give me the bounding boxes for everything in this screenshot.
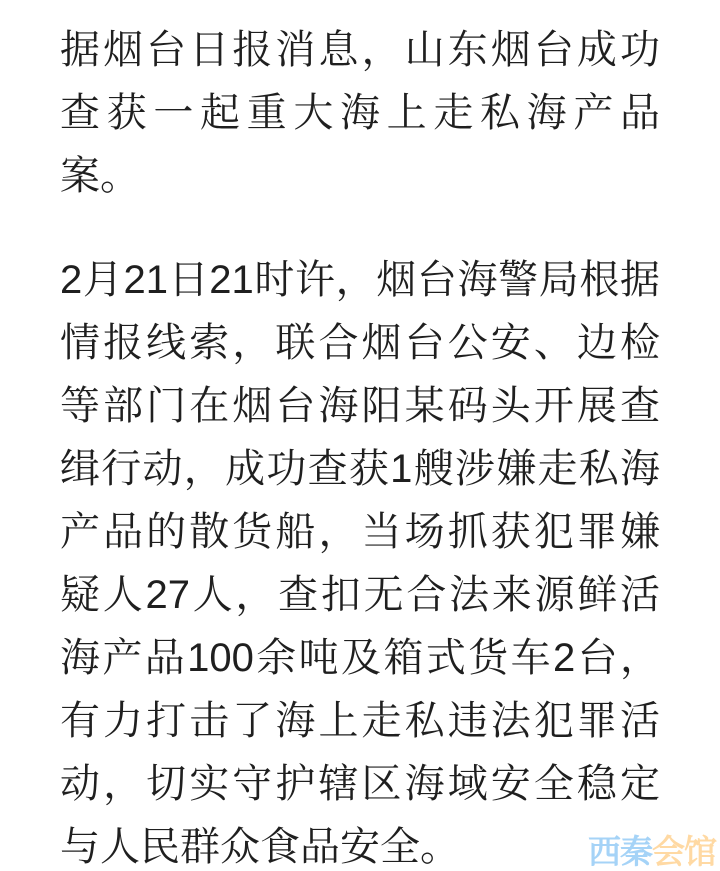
text-line: 海产品100余吨及箱式货车2台，: [60, 627, 660, 690]
text-line: 查获一起重大海上走私海产品: [60, 82, 660, 145]
paragraph-intro: 据烟台日报消息，山东烟台成功 查获一起重大海上走私海产品 案。: [60, 19, 660, 208]
article-body: 据烟台日报消息，山东烟台成功 查获一起重大海上走私海产品 案。 2月21日21时…: [0, 0, 720, 871]
watermark-part-2: 会馆: [652, 833, 716, 870]
text-line: 有力打击了海上走私违法犯罪活: [60, 690, 660, 753]
text-line: 案。: [60, 145, 660, 208]
text-line: 据烟台日报消息，山东烟台成功: [60, 19, 660, 82]
text-line: 2月21日21时许，烟台海警局根据: [60, 249, 660, 312]
text-line: 疑人27人，查扣无合法来源鲜活: [60, 564, 660, 627]
text-line: 动，切实守护辖区海域安全稳定: [60, 753, 660, 816]
text-line: 产品的散货船，当场抓获犯罪嫌: [60, 501, 660, 564]
text-line: 缉行动，成功查获1艘涉嫌走私海: [60, 438, 660, 501]
watermark: 西秦会馆: [588, 835, 716, 868]
paragraph-details: 2月21日21时许，烟台海警局根据 情报线索，联合烟台公安、边检 等部门在烟台海…: [60, 249, 660, 871]
article-page: 据烟台日报消息，山东烟台成功 查获一起重大海上走私海产品 案。 2月21日21时…: [0, 0, 720, 871]
text-line: 与人民群众食品安全。: [60, 816, 660, 871]
text-line: 等部门在烟台海阳某码头开展查: [60, 375, 660, 438]
text-line: 情报线索，联合烟台公安、边检: [60, 312, 660, 375]
watermark-part-1: 西秦: [588, 833, 652, 870]
